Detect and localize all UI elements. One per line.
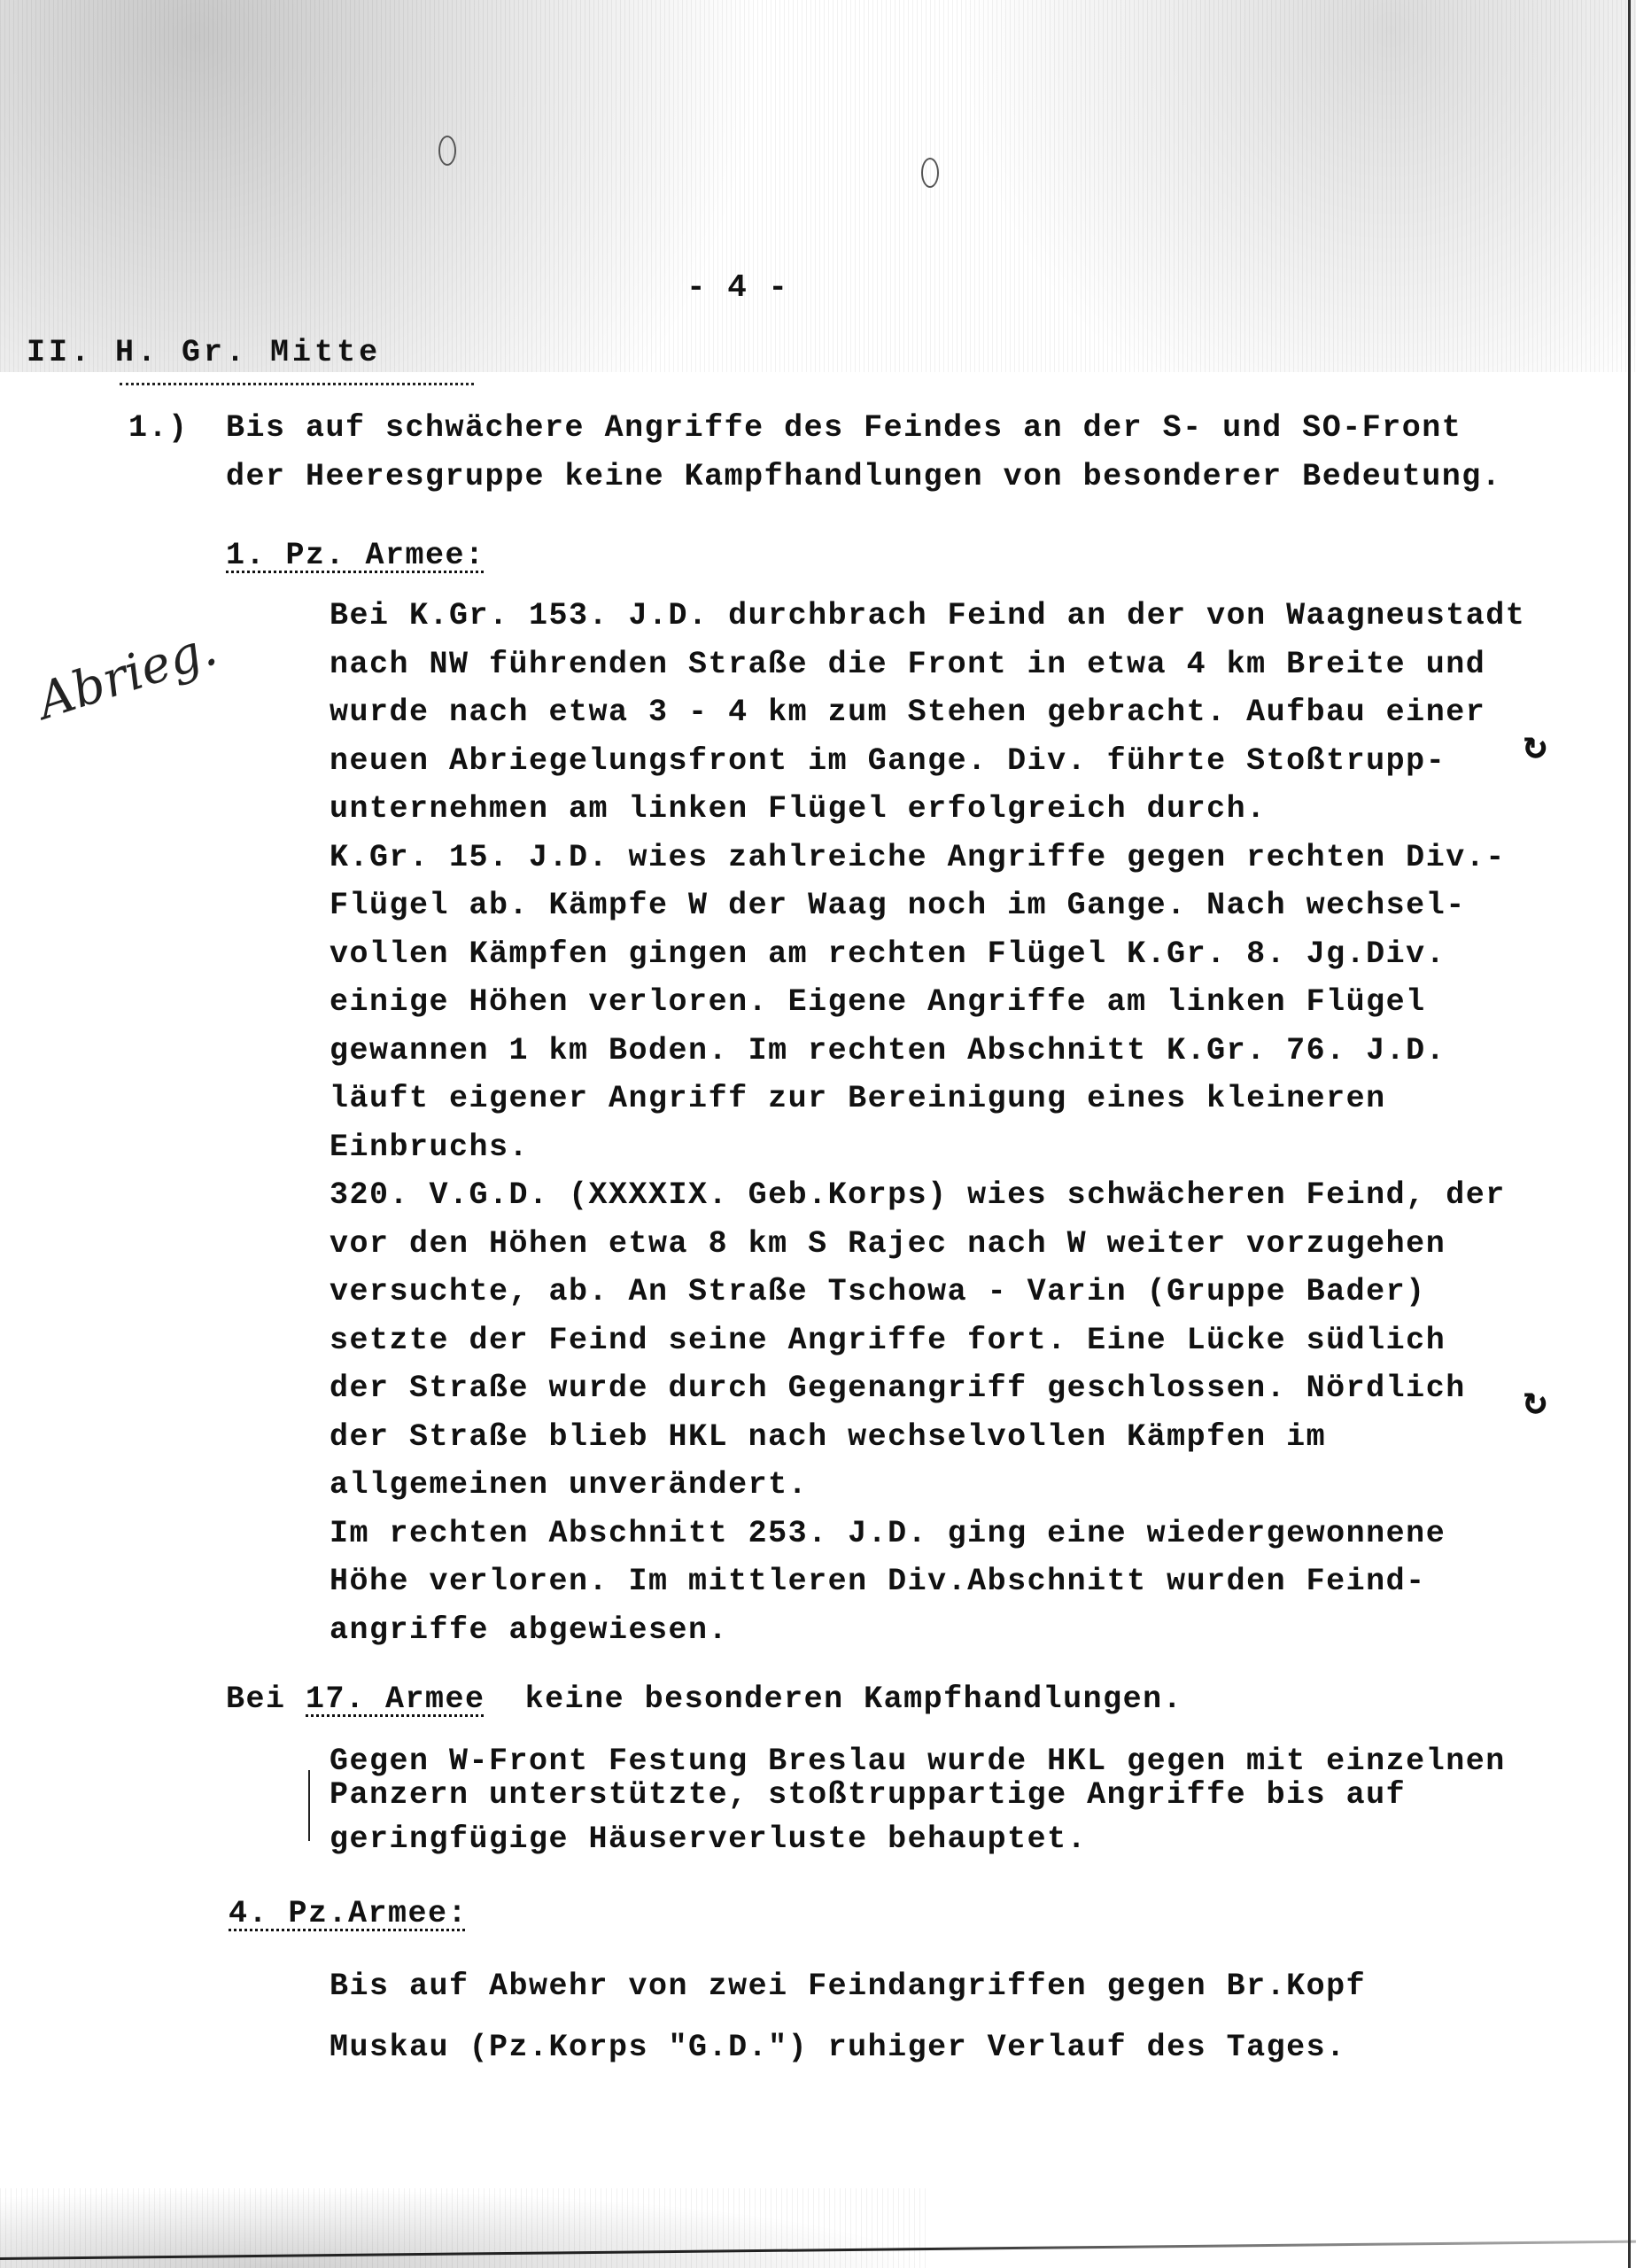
heading-title: H. Gr. Mitte bbox=[115, 335, 381, 370]
body-line: 320. V.G.D. (XXXXIX. Geb.Korps) wies sch… bbox=[330, 1177, 1506, 1213]
section-heading: II. H. Gr. Mitte bbox=[27, 335, 381, 370]
body-line: Einbruchs. bbox=[330, 1130, 529, 1165]
body-line: Bei K.Gr. 153. J.D. durchbrach Feind an … bbox=[330, 598, 1525, 633]
body-line: der Straße wurde durch Gegenangriff gesc… bbox=[330, 1371, 1466, 1406]
subsection-title-17-armee: 17. Armee bbox=[306, 1682, 485, 1717]
body-line: setzte der Feind seine Angriffe fort. Ei… bbox=[330, 1323, 1446, 1358]
intro-line: der Heeresgruppe keine Kampfhandlungen v… bbox=[226, 459, 1501, 494]
body-line: geringfügige Häuserverluste behauptet. bbox=[330, 1821, 1087, 1857]
body-line: Höhe verloren. Im mittleren Div.Abschnit… bbox=[330, 1564, 1426, 1599]
body-line: Bis auf Abwehr von zwei Feindangriffen g… bbox=[330, 1969, 1366, 2004]
page-edge-right bbox=[1628, 0, 1631, 2268]
handwritten-margin-note: Abrieg. bbox=[31, 588, 342, 803]
binder-mark: ↻ bbox=[1524, 722, 1547, 770]
body-line: Flügel ab. Kämpfe W der Waag noch im Gan… bbox=[330, 888, 1466, 923]
body-line: neuen Abriegelungsfront im Gange. Div. f… bbox=[330, 743, 1446, 779]
body-line: Im rechten Abschnitt 253. J.D. ging eine… bbox=[330, 1516, 1446, 1551]
subsection-title-1-pz-armee: 1. Pz. Armee: bbox=[226, 538, 485, 573]
heading-underline bbox=[120, 383, 474, 385]
intro-marker: 1.) bbox=[128, 410, 189, 446]
body-line: wurde nach etwa 3 - 4 km zum Stehen gebr… bbox=[330, 695, 1485, 730]
body-line: angriffe abgewiesen. bbox=[330, 1612, 728, 1648]
margin-bracket bbox=[308, 1770, 310, 1841]
subsection-suffix: keine besonderen Kampfhandlungen. bbox=[525, 1682, 1183, 1717]
page-edge-bottom bbox=[0, 2241, 1636, 2260]
intro-line: Bis auf schwächere Angriffe des Feindes … bbox=[226, 410, 1462, 446]
body-line: Muskau (Pz.Korps "G.D.") ruhiger Verlauf… bbox=[330, 2030, 1346, 2065]
scan-noise-top bbox=[0, 0, 1636, 372]
body-line: allgemeinen unverändert. bbox=[330, 1467, 808, 1503]
subsection-title-4-pz-armee: 4. Pz.Armee: bbox=[229, 1896, 468, 1931]
body-line: versuchte, ab. An Straße Tschowa - Varin… bbox=[330, 1274, 1426, 1309]
binder-mark: ↻ bbox=[1524, 1378, 1547, 1425]
subsection-17-armee: Bei 17. Armee keine besonderen Kampfhand… bbox=[226, 1682, 1182, 1717]
body-line: Panzern unterstützte, stoßtruppartige An… bbox=[330, 1777, 1406, 1813]
body-line: vollen Kämpfen gingen am rechten Flügel … bbox=[330, 936, 1446, 972]
body-line: der Straße blieb HKL nach wechselvollen … bbox=[330, 1419, 1326, 1455]
punch-hole-mark bbox=[921, 158, 939, 188]
body-line: einige Höhen verloren. Eigene Angriffe a… bbox=[330, 984, 1426, 1020]
punch-hole-mark bbox=[438, 136, 456, 166]
subsection-prefix: Bei bbox=[226, 1682, 286, 1717]
page-number: - 4 - bbox=[686, 270, 789, 306]
body-line: läuft eigener Angriff zur Bereinigung ei… bbox=[330, 1081, 1386, 1116]
body-line: K.Gr. 15. J.D. wies zahlreiche Angriffe … bbox=[330, 840, 1506, 875]
body-line: gewannen 1 km Boden. Im rechten Abschnit… bbox=[330, 1033, 1446, 1068]
body-line: unternehmen am linken Flügel erfolgreich… bbox=[330, 791, 1267, 827]
body-line: Gegen W-Front Festung Breslau wurde HKL … bbox=[330, 1744, 1506, 1779]
body-line: nach NW führenden Straße die Front in et… bbox=[330, 647, 1485, 682]
heading-roman: II. bbox=[27, 335, 93, 370]
body-line: vor den Höhen etwa 8 km S Rajec nach W w… bbox=[330, 1226, 1446, 1262]
